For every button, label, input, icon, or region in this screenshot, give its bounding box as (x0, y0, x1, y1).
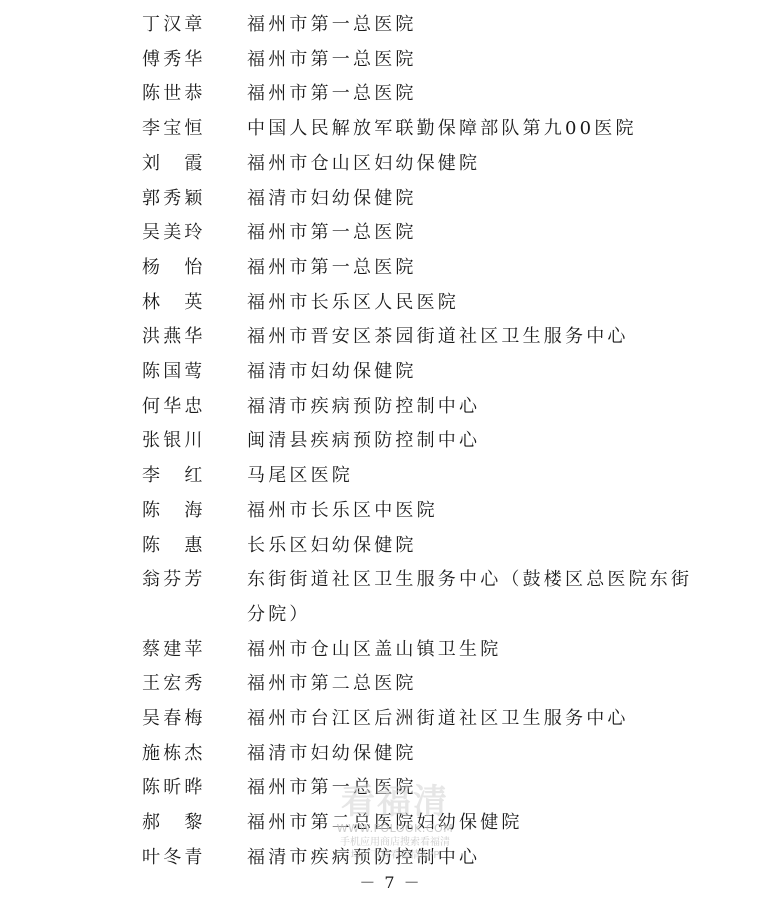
person-name: 王宏秀 (142, 667, 247, 702)
person-name: 陈国莺 (142, 355, 247, 390)
list-item: 施栋杰福清市妇幼保健院 (142, 737, 702, 772)
person-name: 洪燕华 (142, 320, 247, 355)
organization-name: 福清市妇幼保健院 (247, 737, 702, 772)
list-item: 丁汉章福州市第一总医院 (142, 8, 702, 43)
organization-name: 福州市第二总医院 (247, 667, 702, 702)
organization-name: 福州市仓山区盖山镇卫生院 (247, 633, 702, 668)
organization-name: 东街街道社区卫生服务中心（鼓楼区总医院东街分院） (247, 563, 702, 632)
person-name: 陈 海 (142, 494, 247, 529)
list-item: 傅秀华福州市第一总医院 (142, 43, 702, 78)
person-name: 刘 霞 (142, 147, 247, 182)
person-name: 施栋杰 (142, 737, 247, 772)
list-item: 吴春梅福州市台江区后洲街道社区卫生服务中心 (142, 702, 702, 737)
list-item: 陈昕晔福州市第一总医院 (142, 771, 702, 806)
organization-name: 长乐区妇幼保健院 (247, 529, 702, 564)
list-item: 杨 怡福州市第一总医院 (142, 251, 702, 286)
list-item: 洪燕华福州市晋安区茶园街道社区卫生服务中心 (142, 320, 702, 355)
list-item: 陈世恭福州市第一总医院 (142, 77, 702, 112)
person-name: 李 红 (142, 459, 247, 494)
list-item: 郭秀颖福清市妇幼保健院 (142, 182, 702, 217)
organization-name: 福州市晋安区茶园街道社区卫生服务中心 (247, 320, 702, 355)
person-name: 杨 怡 (142, 251, 247, 286)
document-page: 丁汉章福州市第一总医院 傅秀华福州市第一总医院 陈世恭福州市第一总医院 李宝恒中… (0, 0, 781, 900)
organization-name: 福清市疾病预防控制中心 (247, 390, 702, 425)
organization-name: 福州市第一总医院 (247, 77, 702, 112)
person-name: 丁汉章 (142, 8, 247, 43)
list-item: 刘 霞福州市仓山区妇幼保健院 (142, 147, 702, 182)
person-name: 郝 黎 (142, 806, 247, 841)
list-item: 李宝恒中国人民解放军联勤保障部队第九00医院 (142, 112, 702, 147)
person-name: 何华忠 (142, 390, 247, 425)
list-item: 陈国莺福清市妇幼保健院 (142, 355, 702, 390)
list-item: 张银川闽清县疾病预防控制中心 (142, 424, 702, 459)
organization-name: 福州市长乐区人民医院 (247, 286, 702, 321)
organization-name: 福州市第一总医院 (247, 43, 702, 78)
person-name: 郭秀颖 (142, 182, 247, 217)
person-name: 吴春梅 (142, 702, 247, 737)
organization-name: 中国人民解放军联勤保障部队第九00医院 (247, 112, 702, 147)
person-name: 翁芬芳 (142, 563, 247, 598)
list-item: 郝 黎福州市第二总医院妇幼保健院 (142, 806, 702, 841)
person-name: 蔡建苹 (142, 633, 247, 668)
list-item: 何华忠福清市疾病预防控制中心 (142, 390, 702, 425)
organization-name: 福州市第一总医院 (247, 216, 702, 251)
person-name: 陈世恭 (142, 77, 247, 112)
person-name: 傅秀华 (142, 43, 247, 78)
person-name: 张银川 (142, 424, 247, 459)
organization-name: 福清市妇幼保健院 (247, 182, 702, 217)
organization-name: 福州市第二总医院妇幼保健院 (247, 806, 702, 841)
organization-name: 闽清县疾病预防控制中心 (247, 424, 702, 459)
list-item: 陈 海福州市长乐区中医院 (142, 494, 702, 529)
organization-name: 福州市第一总医院 (247, 251, 702, 286)
personnel-list: 丁汉章福州市第一总医院 傅秀华福州市第一总医院 陈世恭福州市第一总医院 李宝恒中… (142, 8, 702, 876)
person-name: 吴美玲 (142, 216, 247, 251)
organization-name: 福州市第一总医院 (247, 8, 702, 43)
list-item: 吴美玲福州市第一总医院 (142, 216, 702, 251)
organization-name: 福州市长乐区中医院 (247, 494, 702, 529)
list-item: 翁芬芳东街街道社区卫生服务中心（鼓楼区总医院东街分院） (142, 563, 702, 632)
organization-name: 福州市台江区后洲街道社区卫生服务中心 (247, 702, 702, 737)
organization-name: 福州市仓山区妇幼保健院 (247, 147, 702, 182)
list-item: 王宏秀福州市第二总医院 (142, 667, 702, 702)
list-item: 李 红马尾区医院 (142, 459, 702, 494)
list-item: 蔡建苹福州市仓山区盖山镇卫生院 (142, 633, 702, 668)
list-item: 陈 惠长乐区妇幼保健院 (142, 529, 702, 564)
organization-name: 福州市第一总医院 (247, 771, 702, 806)
person-name: 陈昕晔 (142, 771, 247, 806)
person-name: 陈 惠 (142, 529, 247, 564)
page-number: － 7 － (0, 870, 781, 893)
person-name: 林 英 (142, 286, 247, 321)
list-item: 林 英福州市长乐区人民医院 (142, 286, 702, 321)
person-name: 李宝恒 (142, 112, 247, 147)
organization-name: 马尾区医院 (247, 459, 702, 494)
organization-name: 福清市妇幼保健院 (247, 355, 702, 390)
